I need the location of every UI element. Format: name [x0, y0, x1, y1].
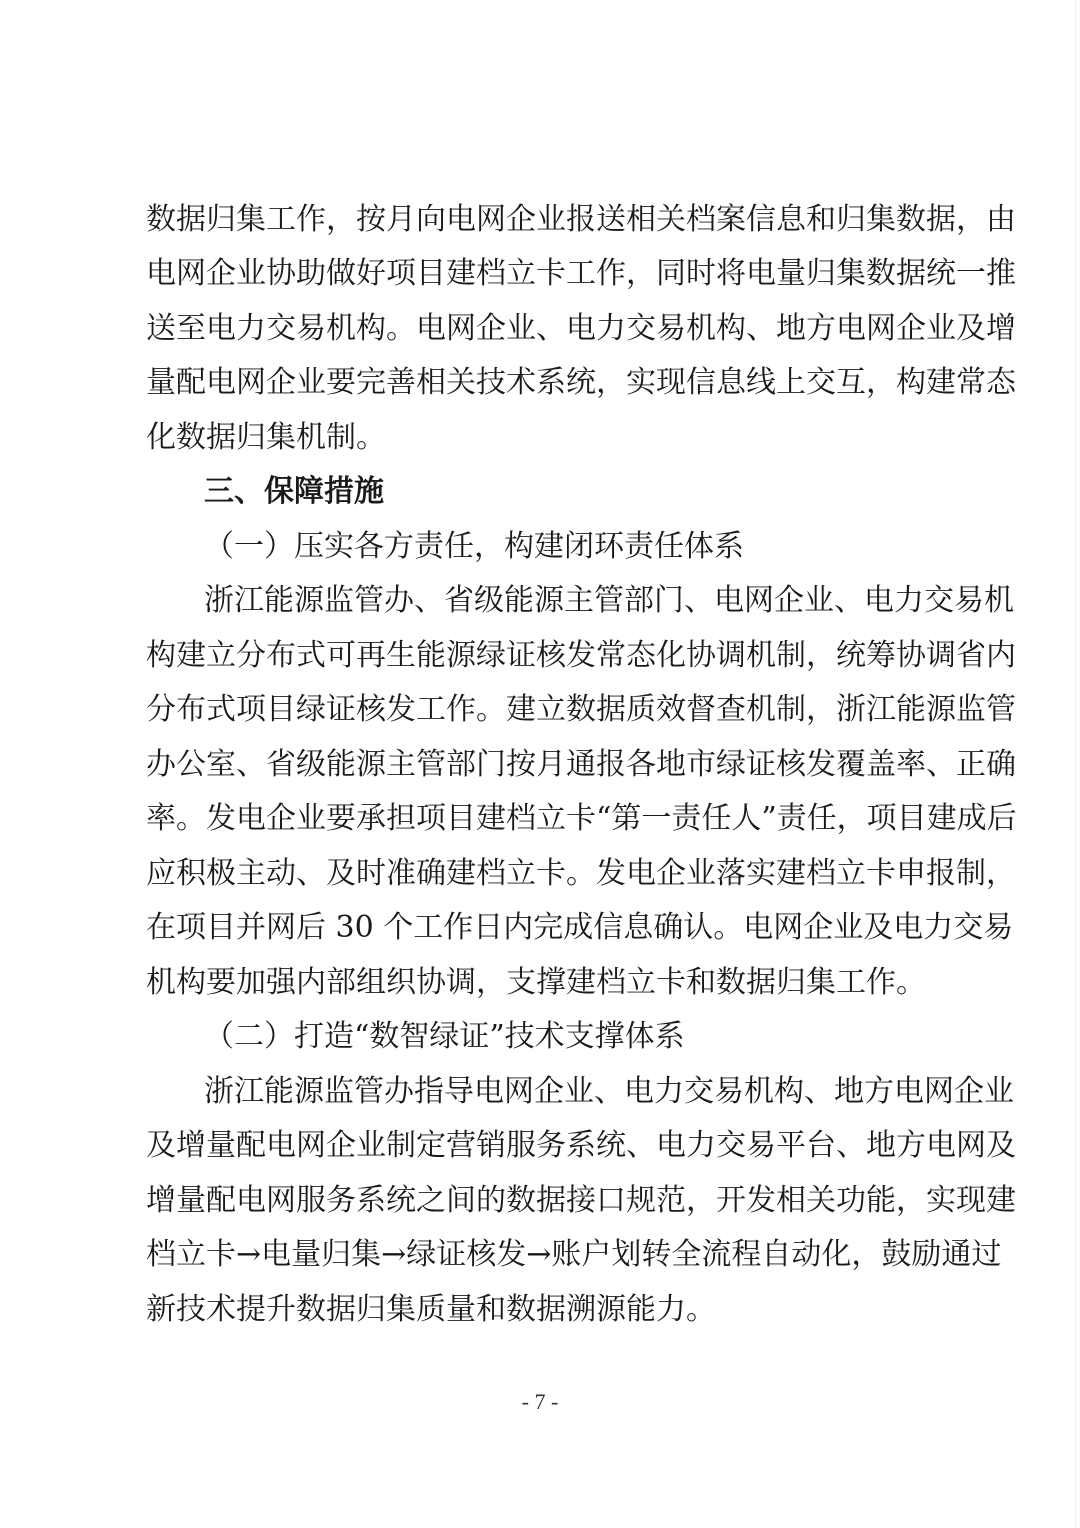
paragraph-line: 浙江能源监管办指导电网企业、电力交易机构、地方电网企业	[204, 1072, 946, 1112]
paragraph-line: 电网企业协助做好项目建档立卡工作，同时将电量归集数据统一推	[146, 254, 946, 294]
subsection-title: （二）打造“数智绿证”技术支撑体系	[204, 1017, 1004, 1057]
paragraph-line: 数据归集工作，按月向电网企业报送相关档案信息和归集数据，由	[146, 200, 946, 240]
paragraph-line: 量配电网企业要完善相关技术系统，实现信息线上交互，构建常态	[146, 363, 946, 403]
paragraph-line: 机构要加强内部组织协调，支撑建档立卡和数据归集工作。	[146, 963, 946, 1003]
paragraph-line: 分布式项目绿证核发工作。建立数据质效督查机制，浙江能源监管	[146, 690, 946, 730]
paragraph-line: 新技术提升数据归集质量和数据溯源能力。	[146, 1290, 946, 1330]
paragraph-line: 应积极主动、及时准确建档立卡。发电企业落实建档立卡申报制，	[146, 854, 946, 894]
paragraph-line: 档立卡→电量归集→绿证核发→账户划转全流程自动化，鼓励通过	[146, 1235, 946, 1275]
document-page: 数据归集工作，按月向电网企业报送相关档案信息和归集数据，由 电网企业协助做好项目…	[0, 0, 1080, 1528]
paragraph-line: 送至电力交易机构。电网企业、电力交易机构、地方电网企业及增	[146, 309, 946, 349]
page-number: - 7 -	[0, 1388, 1080, 1416]
paragraph-line: 增量配电网服务系统之间的数据接口规范，开发相关功能，实现建	[146, 1181, 946, 1221]
subsection-title: （一）压实各方责任，构建闭环责任体系	[204, 527, 1004, 567]
paragraph-line: 化数据归集机制。	[146, 418, 946, 458]
paragraph-line: 构建立分布式可再生能源绿证核发常态化协调机制，统筹协调省内	[146, 636, 946, 676]
scan-edge-line	[1075, 0, 1076, 1528]
section-heading: 三、保障措施	[204, 472, 946, 512]
paragraph-line: 率。发电企业要承担项目建档立卡“第一责任人”责任，项目建成后	[146, 799, 946, 839]
paragraph-line: 及增量配电网企业制定营销服务系统、电力交易平台、地方电网及	[146, 1126, 946, 1166]
paragraph-line: 办公室、省级能源主管部门按月通报各地市绿证核发覆盖率、正确	[146, 745, 946, 785]
paragraph-line: 在项目并网后 30 个工作日内完成信息确认。电网企业及电力交易	[146, 908, 946, 948]
paragraph-line: 浙江能源监管办、省级能源主管部门、电网企业、电力交易机	[204, 581, 946, 621]
